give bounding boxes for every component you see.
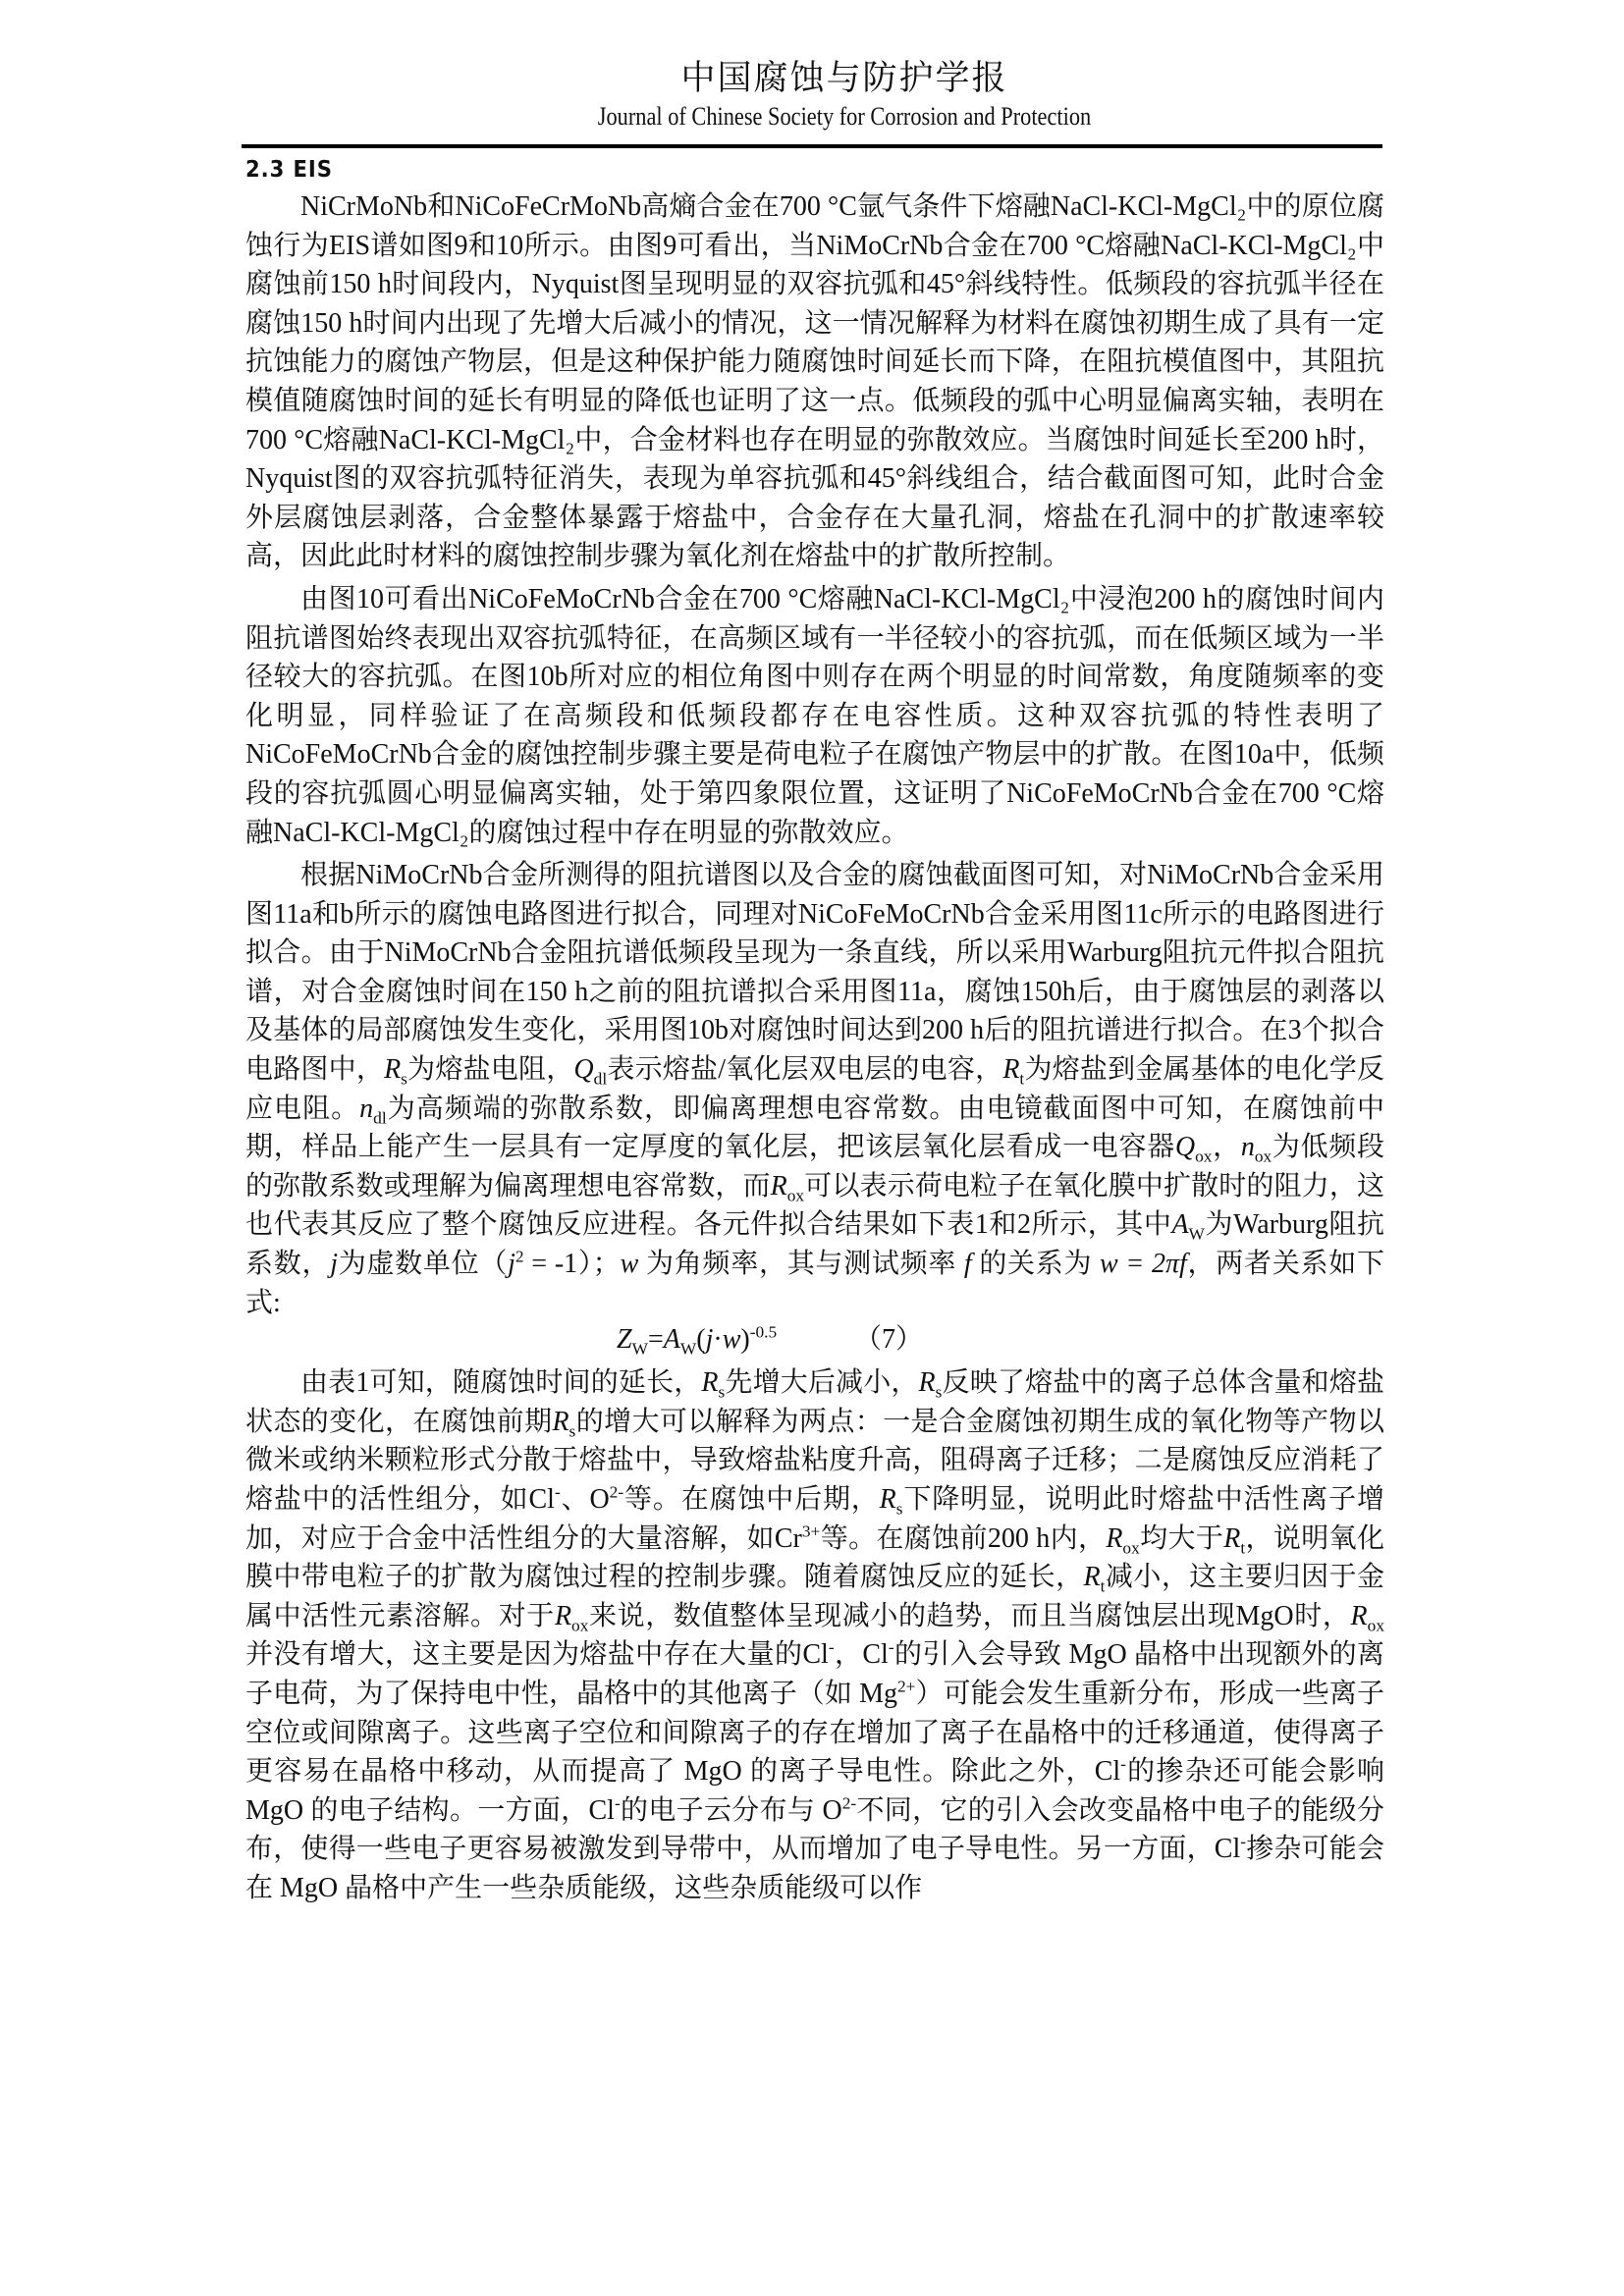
symbol-rt: R bbox=[1002, 1054, 1019, 1085]
journal-title-cn: 中国腐蚀与防护学报 bbox=[520, 57, 1168, 100]
section-heading: 2.3 EIS bbox=[245, 152, 1293, 187]
symbol-w: w bbox=[621, 1249, 639, 1279]
symbol-rox: R bbox=[771, 1171, 787, 1201]
symbol-qox: Q bbox=[1175, 1132, 1195, 1162]
paragraph: NiCrMoNb和NiCoFeCrMoNb高熵合金在700 °C氩气条件下熔融N… bbox=[245, 187, 1384, 576]
symbol-aw: A bbox=[1171, 1209, 1188, 1240]
symbol-qdl: Q bbox=[573, 1054, 593, 1085]
article-body: 2.3 EIS NiCrMoNb和NiCoFeCrMoNb高熵合金在700 °C… bbox=[245, 152, 1384, 1912]
formula-w-2pif: w = 2πf bbox=[1100, 1249, 1187, 1279]
symbol-ndl: n bbox=[359, 1094, 373, 1124]
symbol-j: j bbox=[330, 1249, 338, 1279]
paragraph: 根据NiMoCrNb合金所测得的阻抗谱图以及合金的腐蚀截面图可知，对NiMoCr… bbox=[245, 856, 1384, 1322]
symbol-rs: R bbox=[384, 1054, 401, 1085]
journal-title-en: Journal of Chinese Society for Corrosion… bbox=[566, 101, 1123, 133]
header-divider bbox=[242, 144, 1382, 148]
paragraph: 由表1可知，随腐蚀时间的延长，Rs先增大后减小，Rs反映了熔盐中的离子总体含量和… bbox=[245, 1363, 1384, 1907]
equation-7: ZW=AW(j·w)-0.5 （7） bbox=[245, 1322, 1384, 1358]
equation-number: （7） bbox=[854, 1320, 923, 1360]
paragraph: 由图10可看出NiCoFeMoCrNb合金在700 °C熔融NaCl-KCl-M… bbox=[245, 580, 1384, 852]
symbol-f: f bbox=[964, 1249, 972, 1279]
symbol-nox: n bbox=[1241, 1132, 1255, 1162]
equation-body: ZW=AW(j·w)-0.5 bbox=[617, 1320, 777, 1360]
